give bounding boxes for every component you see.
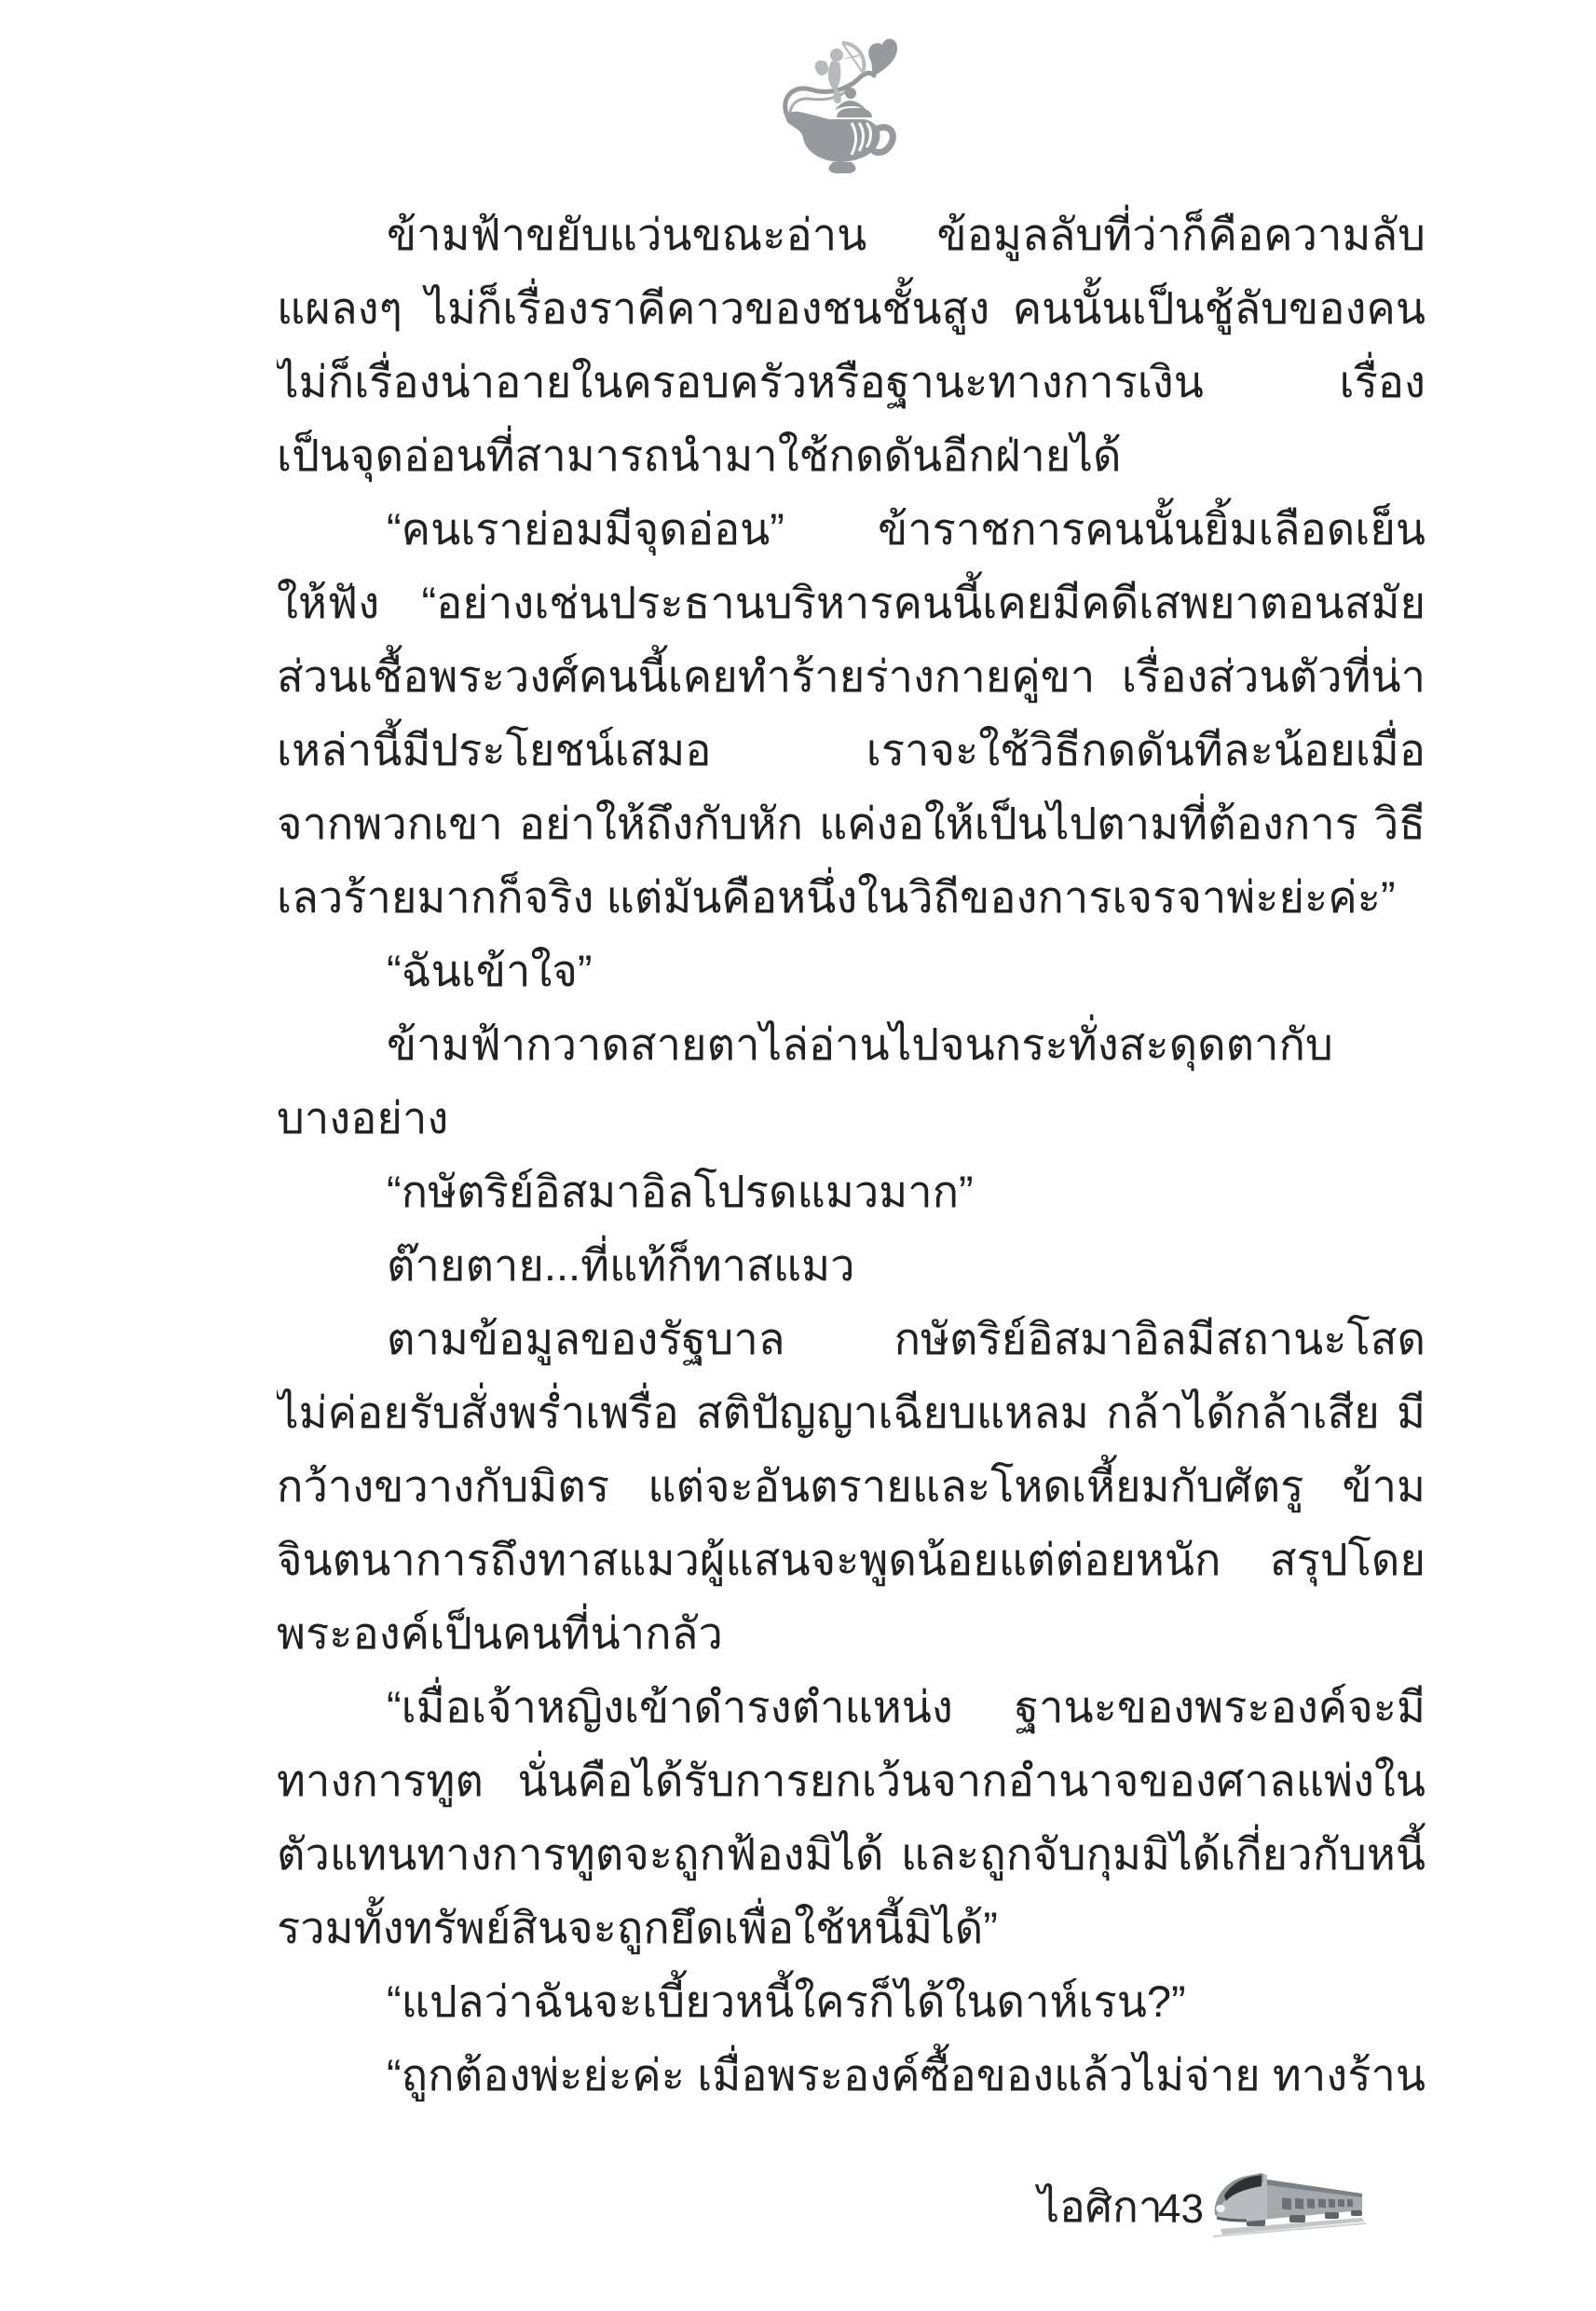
body-text: ข้ามฟ้าขยับแว่นขณะอ่าน ข้อมูลลับที่ว่าก็… xyxy=(277,198,1425,2112)
text-line: กว้างขวางกับมิตร แต่จะอันตรายและโหดเหี้ย… xyxy=(277,1449,1425,1523)
text-line: บางอย่าง xyxy=(277,1081,1425,1155)
text-line: ต๊ายตาย...ที่แท้ก็ทาสแมว xyxy=(277,1228,1425,1302)
footer-book-title: ไอศิกา xyxy=(1038,2179,1163,2235)
text-line: เลวร้ายมากก็จริง แต่มันคือหนึ่งในวิถีของ… xyxy=(277,860,1425,934)
text-line: “กษัตริย์อิสมาอิลโปรดแมวมาก” xyxy=(277,1155,1425,1228)
text-line: ไม่ค่อยรับสั่งพร่ำเพรื่อ สติปัญญาเฉียบแห… xyxy=(277,1375,1425,1449)
text-line: ตามข้อมูลของรัฐบาล กษัตริย์อิสมาอิลมีสถา… xyxy=(277,1302,1425,1375)
text-line: ให้ฟัง “อย่างเช่นประธานบริหารคนนี้เคยมีค… xyxy=(277,566,1425,639)
train-image xyxy=(1207,2164,1375,2244)
text-line: “ฉันเข้าใจ” xyxy=(277,934,1425,1007)
text-line: รวมทั้งทรัพย์สินจะถูกยึดเพื่อใช้หนี้มิได… xyxy=(277,1891,1425,1964)
text-line: พระองค์เป็นคนที่น่ากลัว xyxy=(277,1596,1425,1670)
text-line: ส่วนเชื้อพระวงศ์คนนี้เคยทำร้ายร่างกายคู่… xyxy=(277,639,1425,713)
text-line: แผลงๆ ไม่ก็เรื่องราคีคาวของชนชั้นสูง คนน… xyxy=(277,271,1425,345)
text-line: ข้ามฟ้ากวาดสายตาไล่อ่านไปจนกระทั่งสะดุดต… xyxy=(277,1007,1425,1081)
heart-icon xyxy=(868,39,897,76)
text-line: ตัวแทนทางการทูตจะถูกฟ้องมิได้ และถูกจับก… xyxy=(277,1817,1425,1891)
text-line: เหล่านี้มีประโยชน์เสมอ เราจะใช้วิธีกดดัน… xyxy=(277,713,1425,786)
text-line: ข้ามฟ้าขยับแว่นขณะอ่าน ข้อมูลลับที่ว่าก็… xyxy=(277,198,1425,271)
text-line: “เมื่อเจ้าหญิงเข้าดำรงตำแหน่ง ฐานะของพระ… xyxy=(277,1670,1425,1744)
text-line: “ถูกต้องพ่ะย่ะค่ะ เมื่อพระองค์ซื้อของแล้… xyxy=(277,2038,1425,2112)
cupid-icon xyxy=(815,43,865,103)
text-line: จากพวกเขา อย่าให้ถึงกับหัก แค่งอให้เป็นไ… xyxy=(277,786,1425,860)
book-page: ข้ามฟ้าขยับแว่นขณะอ่าน ข้อมูลลับที่ว่าก็… xyxy=(0,0,1596,2311)
text-line: “คนเราย่อมมีจุดอ่อน” ข้าราชการคนนั้นยิ้ม… xyxy=(277,492,1425,566)
text-line: ทางการทูต นั่นคือได้รับการยกเว้นจากอำนาจ… xyxy=(277,1744,1425,1817)
text-line: เป็นจุดอ่อนที่สามารถนำมาใช้กดดันอีกฝ่ายไ… xyxy=(277,418,1425,492)
text-line: “แปลว่าฉันจะเบี้ยวหนี้ใครก็ได้ในดาห์เรน?… xyxy=(277,1964,1425,2038)
text-line: ไม่ก็เรื่องน่าอายในครอบครัวหรือฐานะทางกา… xyxy=(277,345,1425,418)
genie-lamp-cupid-ornament xyxy=(781,32,902,179)
text-line: จินตนาการถึงทาสแมวผู้แสนจะพูดน้อยแต่ต่อย… xyxy=(277,1523,1425,1596)
footer-page-number: 43 xyxy=(1158,2181,1204,2237)
